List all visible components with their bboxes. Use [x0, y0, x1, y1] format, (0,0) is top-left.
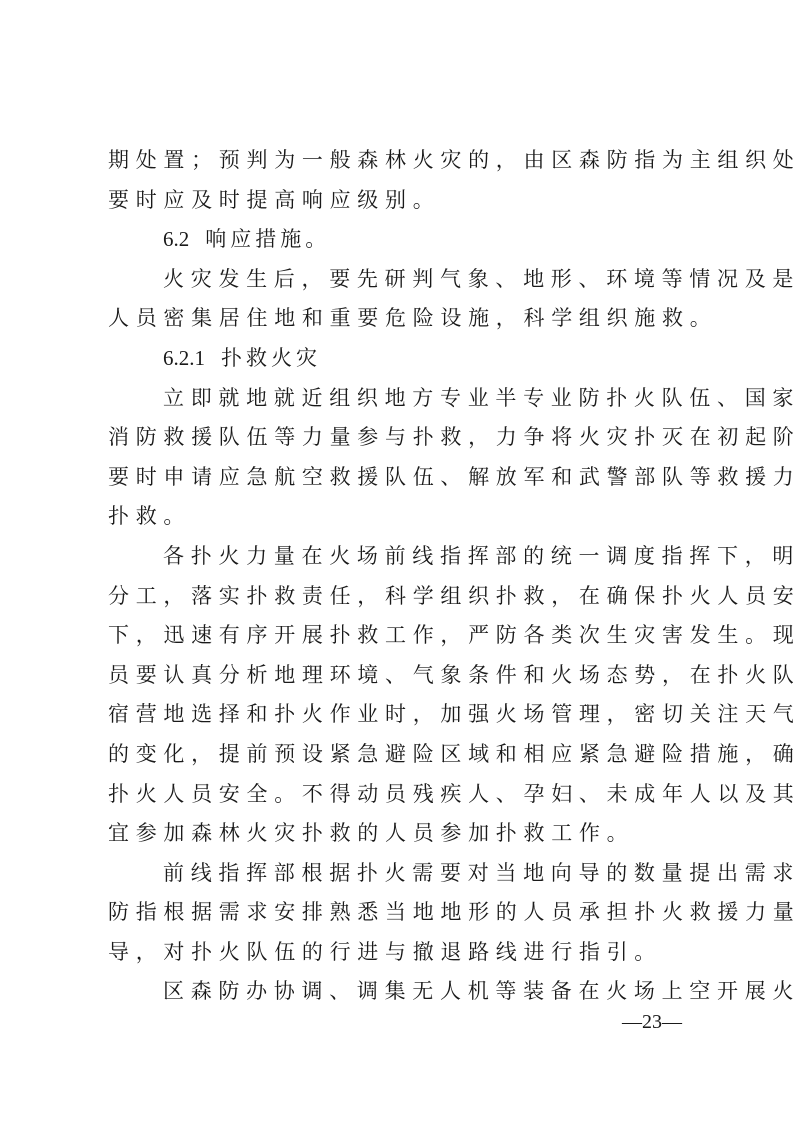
paragraph-line: 宿营地选择和扑火作业时，加强火场管理，密切关注天气和火势 — [108, 695, 694, 735]
paragraph-line: 前线指挥部根据扑火需要对当地向导的数量提出需求，区森 — [108, 854, 694, 894]
paragraph-line: 宜参加森林火灾扑救的人员参加扑救工作。 — [108, 814, 694, 854]
paragraph-line: 导，对扑火队伍的行进与撤退路线进行指引。 — [108, 933, 694, 973]
paragraph-line: 下，迅速有序开展扑救工作，严防各类次生灾害发生。现场指挥 — [108, 616, 694, 656]
paragraph-line: 区森防办协调、调集无人机等装备在火场上空开展火情侦 — [108, 972, 694, 1012]
section-heading-6-2-1: 6.2.1扑救火灾 — [108, 339, 694, 379]
document-body: 期处置；预判为一般森林火灾的，由区森防指为主组织处置；必 要时应及时提高响应级别… — [108, 141, 694, 1012]
page-number: —23— — [622, 1011, 682, 1034]
paragraph-line: 员要认真分析地理环境、气象条件和火场态势，在扑火队伍行进、 — [108, 656, 694, 696]
section-title: 扑救火灾 — [221, 346, 321, 370]
section-number: 6.2.1 — [163, 346, 205, 370]
paragraph-line: 人员密集居住地和重要危险设施，科学组织施救。 — [108, 299, 694, 339]
paragraph-line: 防指根据需求安排熟悉当地地形的人员承担扑火救援力量的向 — [108, 893, 694, 933]
paragraph-line: 立即就地就近组织地方专业半专业防扑火队伍、国家综合性 — [108, 379, 694, 419]
paragraph-line: 扑救。 — [108, 497, 694, 537]
paragraph-line: 消防救援队伍等力量参与扑救，力争将火灾扑灭在初起阶段。必 — [108, 418, 694, 458]
paragraph-line: 火灾发生后，要先研判气象、地形、环境等情况及是否威胁 — [108, 260, 694, 300]
text-line: 要时应及时提高响应级别。 — [108, 181, 694, 221]
section-heading-6-2: 6.2响应措施。 — [108, 220, 694, 260]
paragraph-line: 各扑火力量在火场前线指挥部的统一调度指挥下，明确任务 — [108, 537, 694, 577]
paragraph-line: 分工，落实扑救责任，科学组织扑救，在确保扑火人员安全情况 — [108, 577, 694, 617]
text-line: 期处置；预判为一般森林火灾的，由区森防指为主组织处置；必 — [108, 141, 694, 181]
paragraph-line: 要时申请应急航空救援队伍、解放军和武警部队等救援力量参与 — [108, 458, 694, 498]
section-number: 6.2 — [163, 227, 189, 251]
paragraph-line: 的变化，提前预设紧急避险区域和相应紧急避险措施，确保各类 — [108, 735, 694, 775]
paragraph-line: 扑火人员安全。不得动员残疾人、孕妇、未成年人以及其他不适 — [108, 775, 694, 815]
section-title: 响应措施。 — [205, 227, 330, 251]
